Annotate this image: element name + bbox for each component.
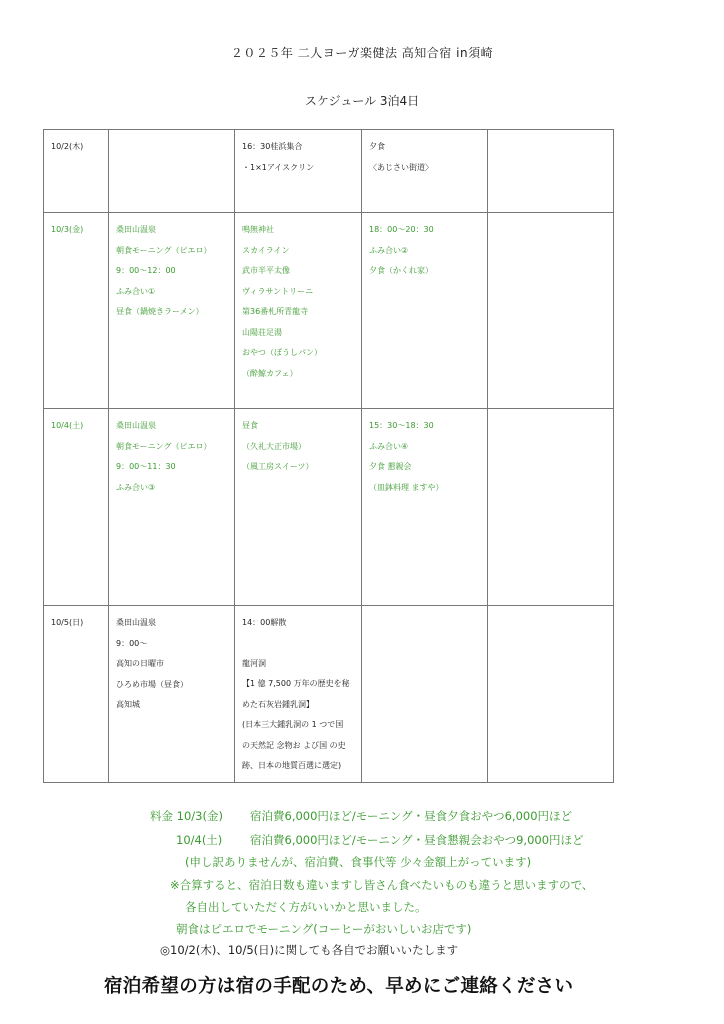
schedule-item: 第36番札所青龍寺: [242, 302, 355, 323]
date-cell: 10/3(金): [44, 213, 109, 409]
schedule-item: 鳴無神社: [242, 220, 355, 241]
fee-1004: 宿泊費6,000円ほど/モーニング・昼食懇親会おやつ9,000円ほど: [250, 832, 584, 848]
date-label: 10/4(土): [51, 416, 102, 437]
schedule-item: 夕食（かくれ家）: [369, 261, 481, 282]
split-payment-note: ※合算すると、宿泊日数も違いますし皆さん食べたいものも違うと思いますので、: [170, 877, 593, 893]
evening-cell: 15：30～18：30ふみ合い④夕食 懇親会（皿鉢料理 ますや）: [362, 409, 488, 606]
schedule-item: 武市半平太像: [242, 261, 355, 282]
schedule-item: 桑田山温泉: [116, 416, 228, 437]
fee-label: 料金 10/3(金): [150, 808, 223, 824]
schedule-item: 夕食 懇親会: [369, 457, 481, 478]
price-apology-note: (申し訳ありませんが、宿泊費、食事代等 少々金額上がっています): [185, 854, 531, 870]
schedule-table: 10/2(木) 16：30桂浜集合・1×1アイスクリン 夕食〈あじさい街道〉 1…: [43, 129, 614, 783]
afternoon-cell: 昼食（久礼大正市場）（風工房スイーツ）: [235, 409, 362, 606]
schedule-item: (日本三大鍾乳洞の 1 つで国: [242, 715, 355, 736]
document-subtitle: スケジュール 3泊4日: [0, 92, 724, 109]
schedule-item: ふみ合い①: [116, 282, 228, 303]
afternoon-cell: 14：00解散龍河洞【1 億 7,500 万年の歴史を秘めた石灰岩鍾乳洞】(日本…: [235, 606, 362, 783]
schedule-item: 9：00～: [116, 634, 228, 655]
date-label: 10/2(木): [51, 137, 102, 158]
schedule-item: スカイライン: [242, 241, 355, 262]
schedule-row-1005: 10/5(日) 桑田山温泉9：00～高知の日曜市ひろめ市場（昼食）高知城 14：…: [44, 606, 614, 783]
fee-1003: 宿泊費6,000円ほど/モーニング・昼食夕食おやつ6,000円ほど: [250, 808, 572, 824]
schedule-item: 跡、日本の地質百選に選定): [242, 756, 355, 777]
date-cell: 10/2(木): [44, 130, 109, 213]
schedule-row-1002: 10/2(木) 16：30桂浜集合・1×1アイスクリン 夕食〈あじさい街道〉: [44, 130, 614, 213]
schedule-item: 朝食モーニング（ピエロ）: [116, 437, 228, 458]
date-cell: 10/5(日): [44, 606, 109, 783]
extra-cell: [488, 130, 614, 213]
schedule-item: 高知城: [116, 695, 228, 716]
schedule-item: 9：00～11：30: [116, 457, 228, 478]
schedule-item: 桑田山温泉: [116, 220, 228, 241]
evening-cell: [362, 606, 488, 783]
self-pay-note: ◎10/2(木)、10/5(日)に関しても各自でお願いいたします: [160, 942, 458, 958]
schedule-item: 昼食: [242, 416, 355, 437]
schedule-item: 朝食モーニング（ピエロ）: [116, 241, 228, 262]
lodging-request-notice: 宿泊希望の方は宿の手配のため、早めにご連絡ください: [104, 972, 573, 998]
schedule-item: 夕食: [369, 137, 481, 158]
schedule-item: （皿鉢料理 ますや）: [369, 478, 481, 499]
schedule-item: 【1 億 7,500 万年の歴史を秘: [242, 674, 355, 695]
date-cell: 10/4(土): [44, 409, 109, 606]
breakfast-note: 朝食はピエロでモーニング(コーヒーがおいしいお店です): [176, 921, 471, 937]
date-label: 10/3(金): [51, 220, 102, 241]
schedule-item: 15：30～18：30: [369, 416, 481, 437]
morning-cell: 桑田山温泉9：00～高知の日曜市ひろめ市場（昼食）高知城: [109, 606, 235, 783]
evening-cell: 18：00～20：30ふみ合い②夕食（かくれ家）: [362, 213, 488, 409]
afternoon-cell: 鳴無神社スカイライン武市半平太像ヴィラサントリーニ第36番札所青龍寺山陽荘足湯お…: [235, 213, 362, 409]
schedule-item: おやつ（ぼうしパン）: [242, 343, 355, 364]
schedule-item: 14：00解散: [242, 613, 355, 634]
afternoon-cell: 16：30桂浜集合・1×1アイスクリン: [235, 130, 362, 213]
schedule-item: ふみ合い②: [369, 241, 481, 262]
schedule-item: （久礼大正市場）: [242, 437, 355, 458]
schedule-item: の天然記 念物お よび国 の史: [242, 736, 355, 757]
schedule-item: （酔鯨カフェ）: [242, 364, 355, 385]
schedule-item: ヴィラサントリーニ: [242, 282, 355, 303]
schedule-item: 龍河洞: [242, 654, 355, 675]
date-label: 10/5(日): [51, 613, 102, 634]
schedule-item: めた石灰岩鍾乳洞】: [242, 695, 355, 716]
schedule-item: （風工房スイーツ）: [242, 457, 355, 478]
extra-cell: [488, 409, 614, 606]
morning-cell: 桑田山温泉朝食モーニング（ピエロ）9：00～12：00ふみ合い①昼食（鍋焼きラー…: [109, 213, 235, 409]
document-title: ２０２５年 二人ヨーガ楽健法 高知合宿 in須崎: [0, 44, 724, 61]
schedule-item: 山陽荘足湯: [242, 323, 355, 344]
fee-1004-date: 10/4(土): [176, 832, 222, 848]
schedule-row-1004: 10/4(土) 桑田山温泉朝食モーニング（ピエロ）9：00～11：30ふみ合い③…: [44, 409, 614, 606]
schedule-item: 〈あじさい街道〉: [369, 158, 481, 179]
extra-cell: [488, 213, 614, 409]
extra-cell: [488, 606, 614, 783]
schedule-item: 9：00～12：00: [116, 261, 228, 282]
split-payment-note-cont: 各自出していただく方がいいかと思いました。: [185, 899, 427, 915]
schedule-item: 18：00～20：30: [369, 220, 481, 241]
evening-cell: 夕食〈あじさい街道〉: [362, 130, 488, 213]
schedule-item: 桑田山温泉: [116, 613, 228, 634]
schedule-item: 高知の日曜市: [116, 654, 228, 675]
schedule-item: 昼食（鍋焼きラーメン）: [116, 302, 228, 323]
schedule-item: ・1×1アイスクリン: [242, 158, 355, 179]
schedule-item: ひろめ市場（昼食）: [116, 675, 228, 696]
morning-cell: 桑田山温泉朝食モーニング（ピエロ）9：00～11：30ふみ合い③: [109, 409, 235, 606]
morning-cell: [109, 130, 235, 213]
schedule-item: [242, 634, 355, 654]
schedule-row-1003: 10/3(金) 桑田山温泉朝食モーニング（ピエロ）9：00～12：00ふみ合い①…: [44, 213, 614, 409]
schedule-item: ふみ合い③: [116, 478, 228, 499]
schedule-item: ふみ合い④: [369, 437, 481, 458]
schedule-item: 16：30桂浜集合: [242, 137, 355, 158]
